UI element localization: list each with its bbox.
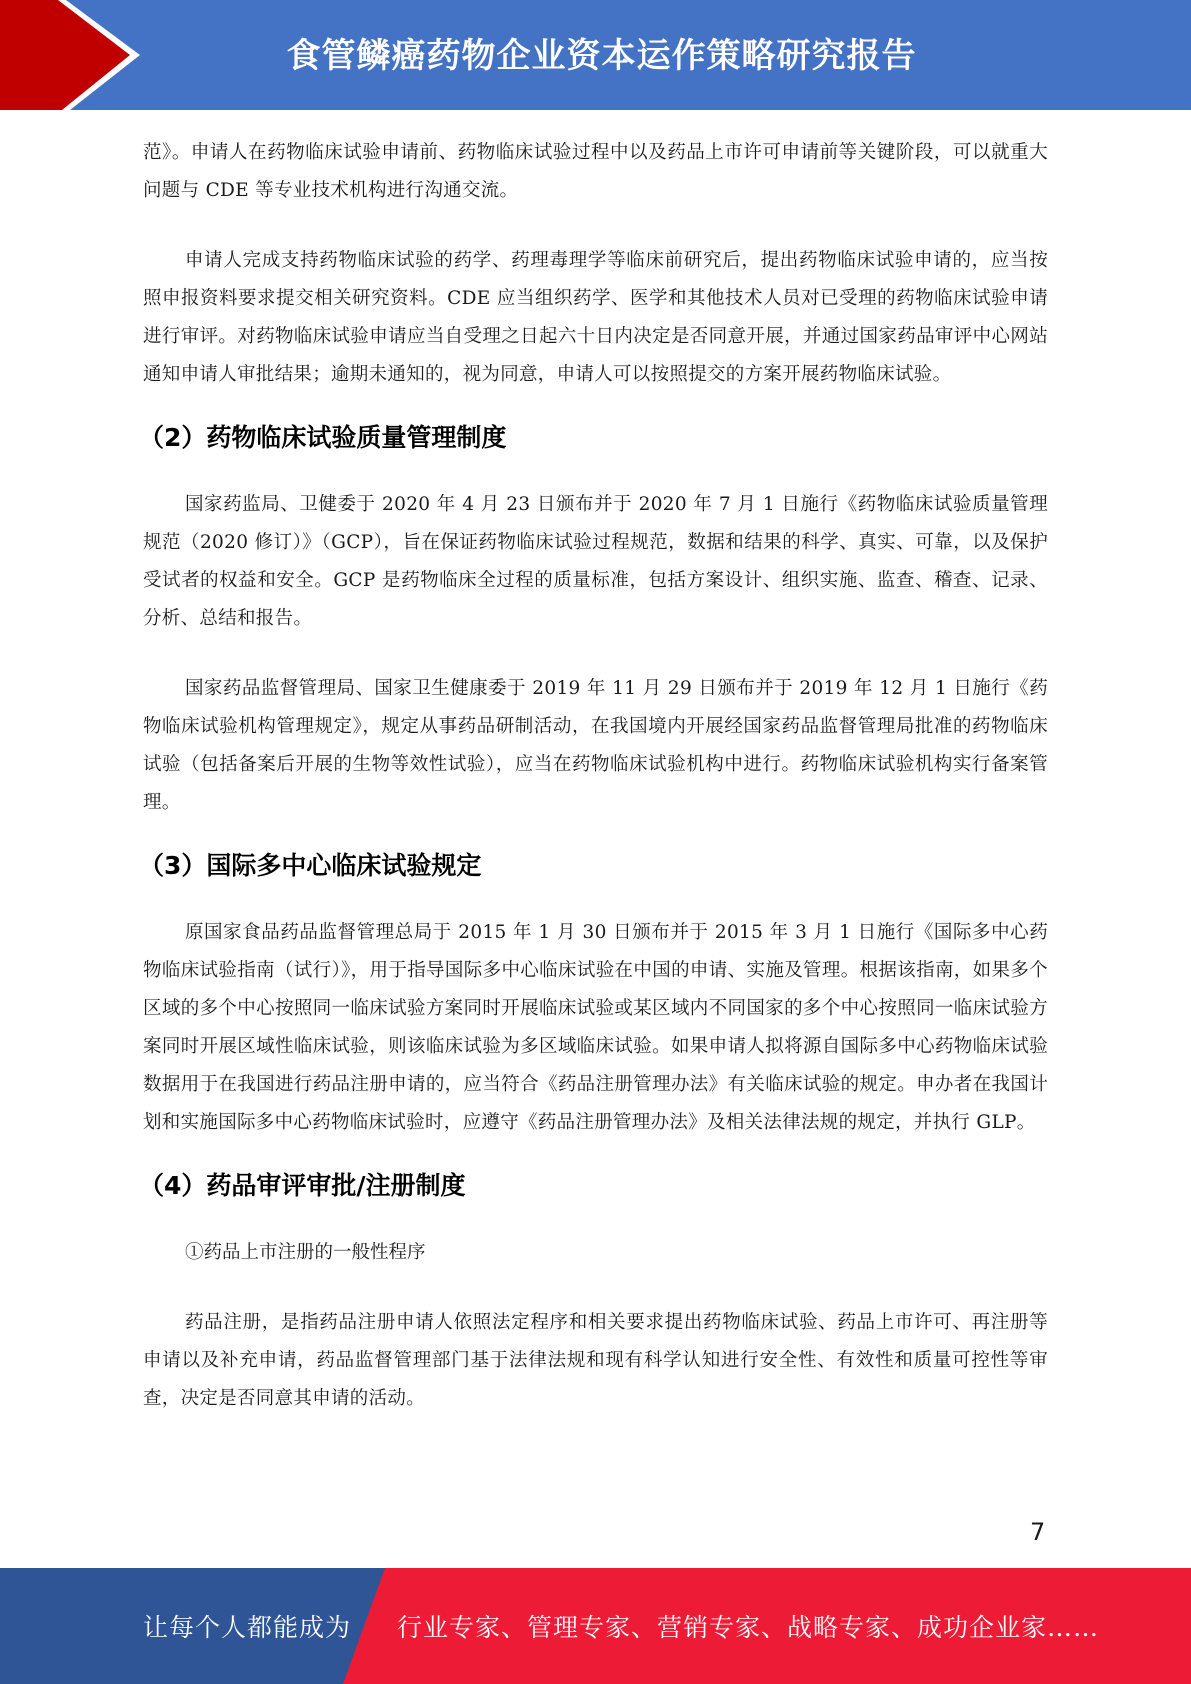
subheading: ①药品上市注册的一般性程序 <box>143 1234 1048 1272</box>
page-header: 食管鳞癌药物企业资本运作策略研究报告 <box>0 0 1191 110</box>
footer-slogan-left: 让每个人都能成为 <box>143 1608 351 1644</box>
paragraph: 国家药监局、卫健委于 2020 年 4 月 23 日颁布并于 2020 年 7 … <box>143 486 1048 638</box>
section-heading: （2）药物临床试验质量管理制度 <box>139 418 1048 458</box>
paragraph: 药品注册，是指药品注册申请人依照法定程序和相关要求提出药物临床试验、药品上市许可… <box>143 1304 1048 1418</box>
page-footer: 让每个人都能成为 行业专家、管理专家、营销专家、战略专家、成功企业家…… <box>0 1568 1191 1684</box>
document-body: 范》。申请人在药物临床试验申请前、药物临床试验过程中以及药品上市许可申请前等关键… <box>143 134 1048 1418</box>
paragraph: 范》。申请人在药物临床试验申请前、药物临床试验过程中以及药品上市许可申请前等关键… <box>143 134 1048 210</box>
paragraph: 原国家食品药品监督管理总局于 2015 年 1 月 30 日颁布并于 2015 … <box>143 914 1048 1142</box>
section-heading: （3）国际多中心临床试验规定 <box>139 846 1048 886</box>
section-heading: （4）药品审评审批/注册制度 <box>139 1166 1048 1206</box>
paragraph: 申请人完成支持药物临床试验的药学、药理毒理学等临床前研究后，提出药物临床试验申请… <box>143 242 1048 394</box>
paragraph: 国家药品监督管理局、国家卫生健康委于 2019 年 11 月 29 日颁布并于 … <box>143 670 1048 822</box>
report-title: 食管鳞癌药物企业资本运作策略研究报告 <box>0 28 1191 77</box>
footer-slogan-right: 行业专家、管理专家、营销专家、战略专家、成功企业家…… <box>397 1608 1099 1644</box>
page-number: 7 <box>1030 1518 1045 1546</box>
